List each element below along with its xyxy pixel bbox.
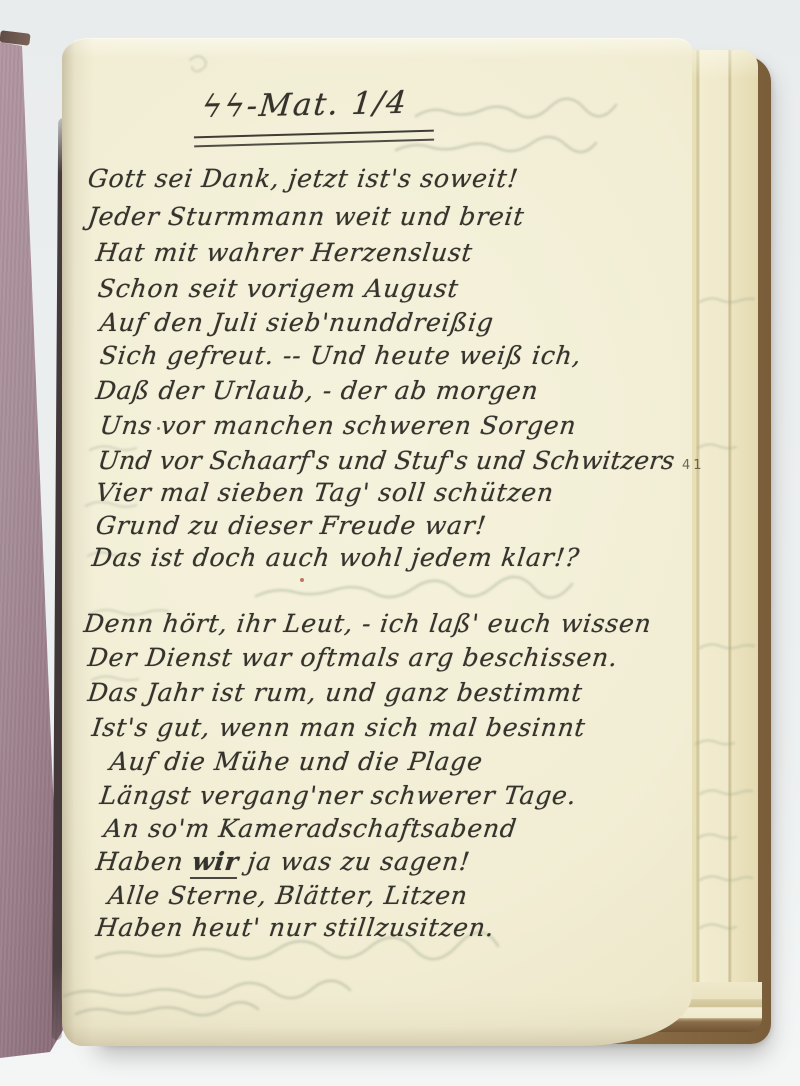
poem-line: Hat mit wahrer Herzenslust [94, 240, 474, 265]
paper-speck [300, 578, 304, 582]
poem-line: An so'm Kameradschaftsabend [102, 816, 518, 841]
poem-line: Auf die Mühe und die Plage [108, 749, 484, 774]
poem-title: ϟϟ-Mat. 1/4 [200, 86, 410, 124]
notebook-photo: ϟϟ-Mat. 1/4 Gott sei Dank, jetzt ist's s… [0, 0, 800, 1086]
poem-line: Schon seit vorigem August [96, 276, 460, 301]
poem-line: Und vor Schaarf's und Stuf's und Schwitz… [96, 448, 676, 473]
poem-line-wir: Haben wir ja was zu sagen! [94, 849, 471, 874]
poem-line: Daß der Urlaub, - der ab morgen [94, 378, 540, 403]
poem-line: Alle Sterne, Blätter, Litzen [106, 883, 469, 908]
poem-line: Sich gefreut. -- Und heute weiß ich, [98, 343, 583, 368]
poem-line: Das Jahr ist rum, und ganz bestimmt [86, 680, 584, 705]
poem-line: Längst vergang'ner schwerer Tage. [98, 783, 578, 808]
poem-line: Denn hört, ihr Leut, - ich laß' euch wis… [82, 611, 653, 636]
margin-page-number: 41 [682, 458, 705, 473]
wir-line-post: ja was zu sagen! [237, 847, 472, 876]
poem-line: Ist's gut, wenn man sich mal besinnt [90, 715, 587, 740]
poem-line: Auf den Juli sieb'nunddreißig [98, 310, 495, 335]
poem-line: Das ist doch auch wohl jedem klar!? [90, 545, 581, 570]
poem-line: Vier mal sieben Tag' soll schützen [94, 480, 555, 505]
wir-line-pre: Haben [94, 847, 194, 876]
poem-line: Grund zu dieser Freude war! [94, 513, 488, 538]
wir-underlined-word: wir [190, 847, 241, 879]
paper-speck [157, 427, 160, 430]
poem-line: Uns vor manchen schweren Sorgen [98, 413, 578, 438]
poem-line: Jeder Sturmmann weit und breit [86, 204, 525, 229]
poem-line: Der Dienst war oftmals arg beschissen. [86, 645, 619, 670]
poem-line: Gott sei Dank, jetzt ist's soweit! [86, 166, 519, 191]
poem-line: Haben heut' nur stillzusitzen. [94, 915, 496, 940]
